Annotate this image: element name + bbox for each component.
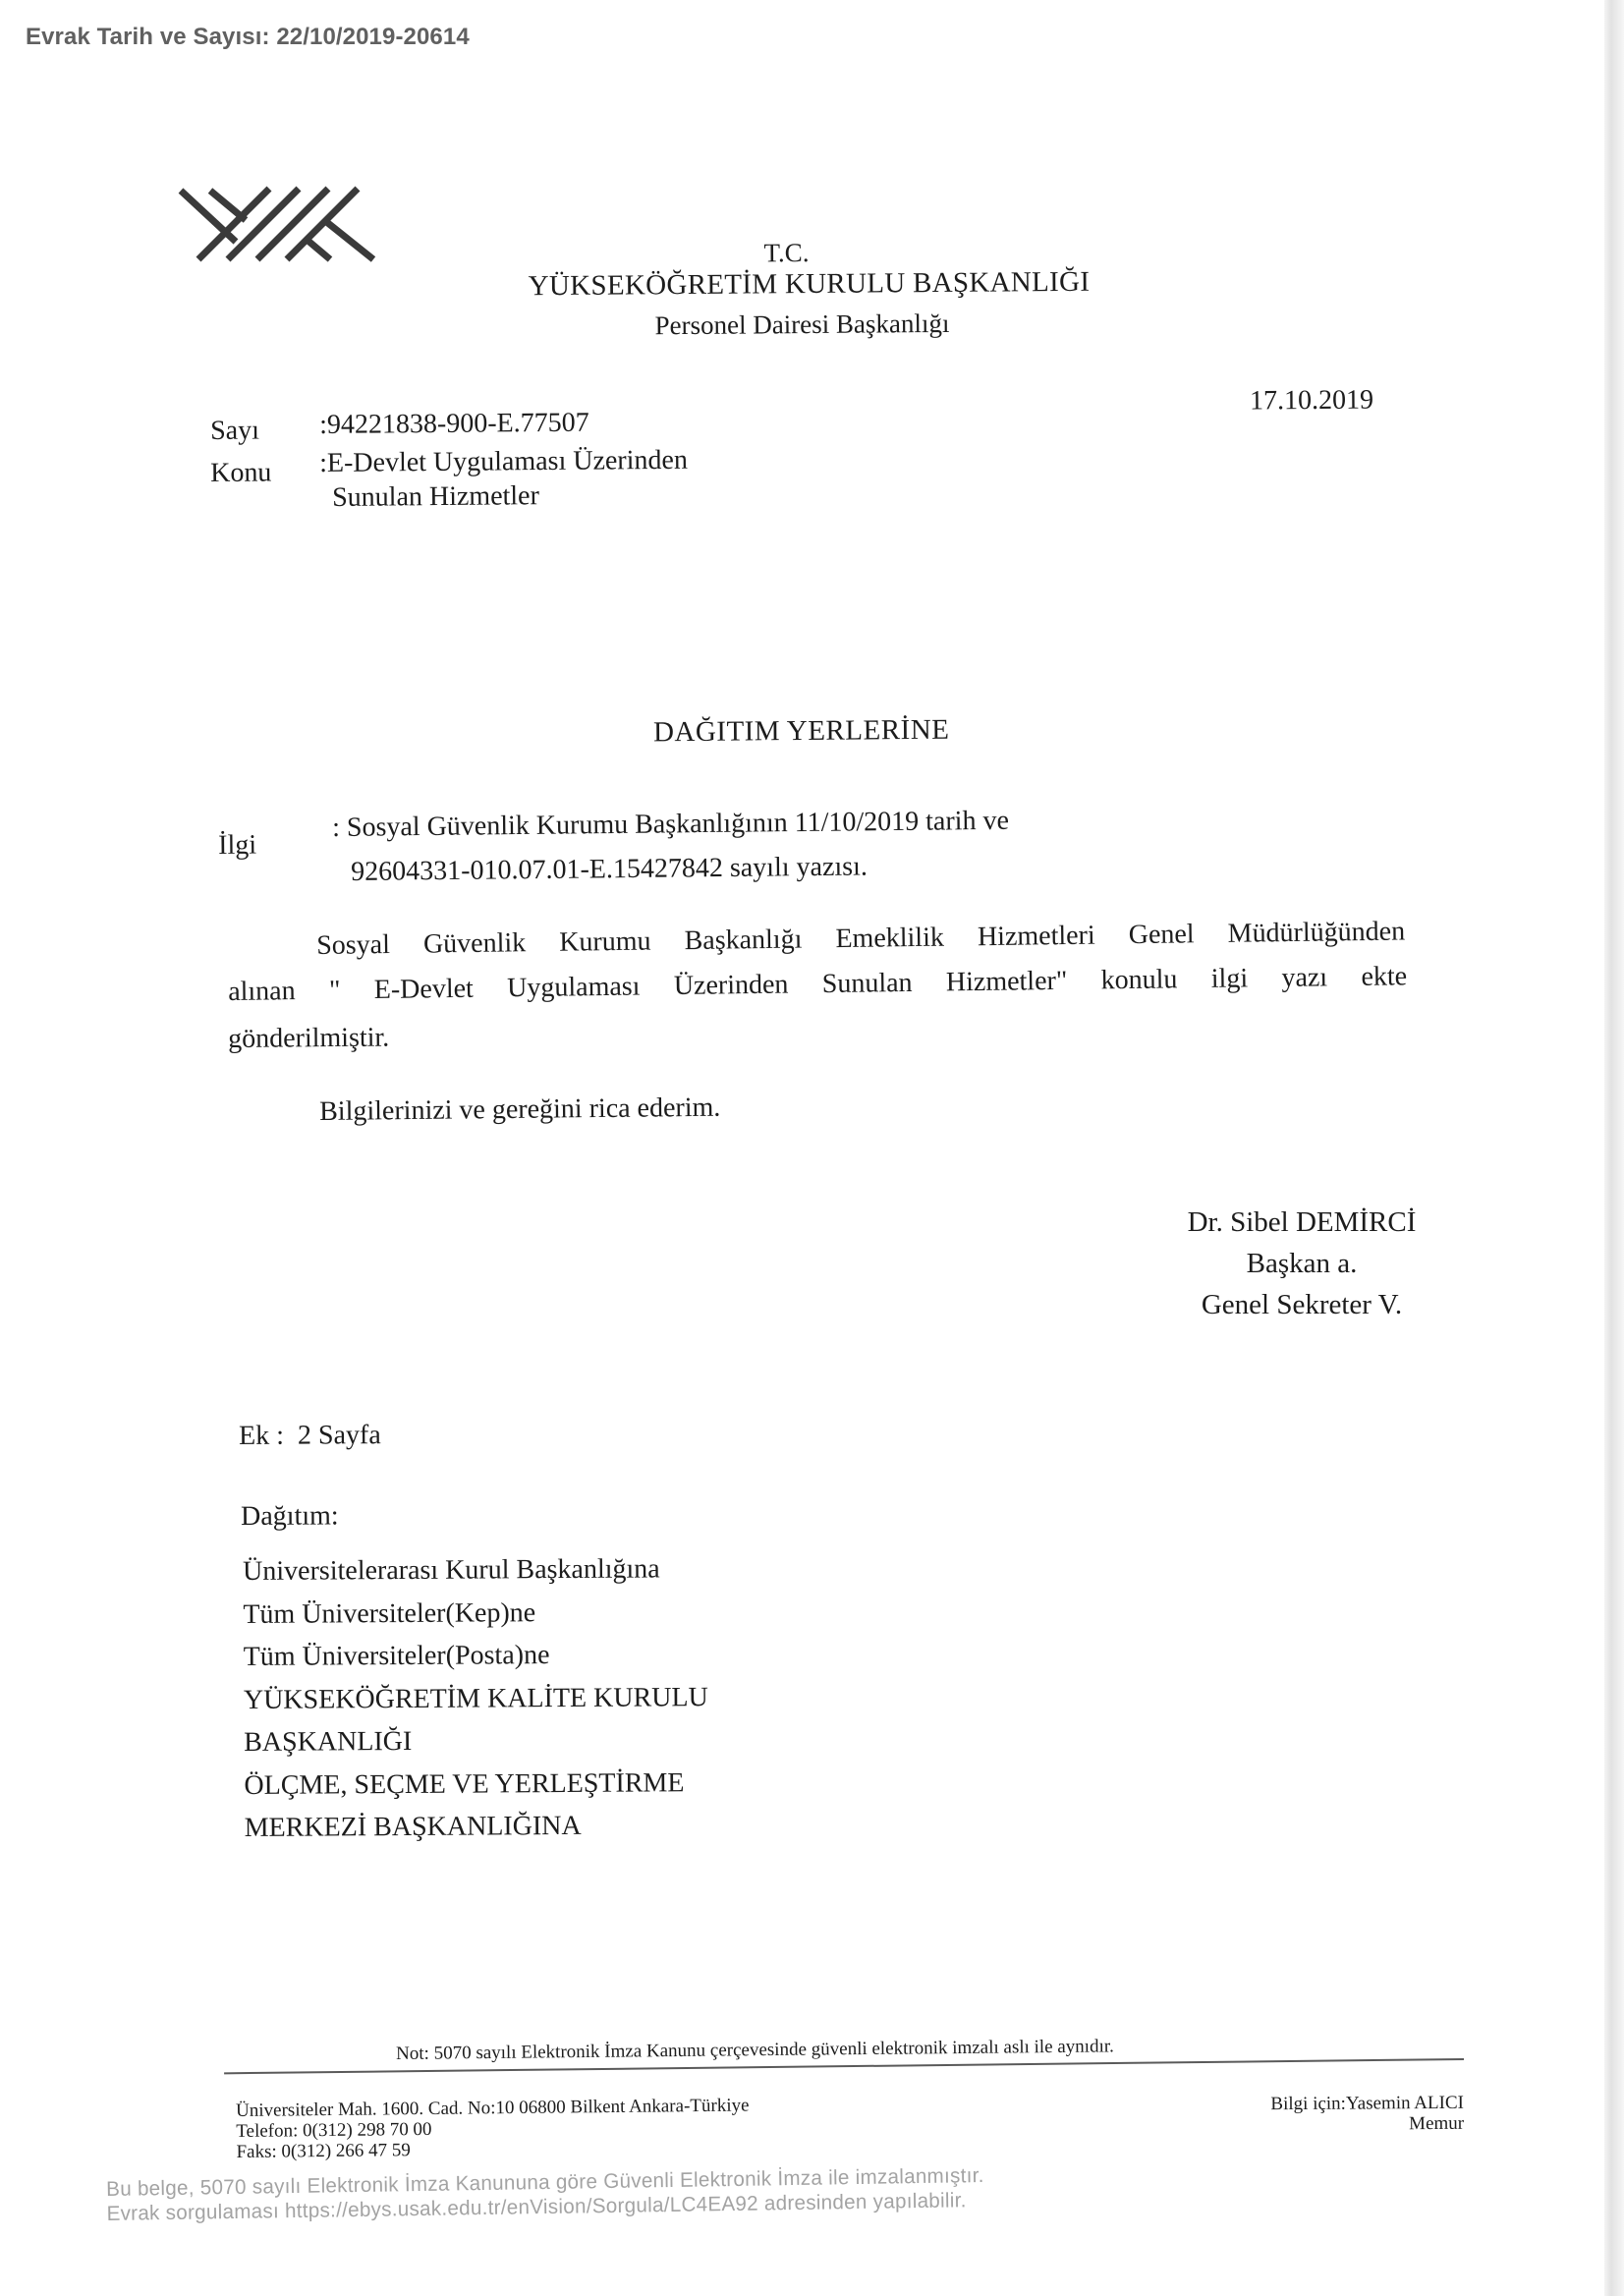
ilgi-line1: : Sosyal Güvenlik Kurumu Başkanlığının 1…: [332, 806, 1009, 844]
e-signature-verification-note: Bu belge, 5070 sayılı Elektronik İmza Ka…: [106, 2163, 984, 2226]
distribution-item: ÖLÇME, SEÇME VE YERLEŞTİRME: [244, 1762, 708, 1807]
distribution-item: YÜKSEKÖĞRETİM KALİTE KURULU: [244, 1676, 708, 1721]
footer-contact-block: Bilgi için:Yasemin ALICI Memur: [1130, 2093, 1464, 2136]
body-line1: Sosyal Güvenlik Kurumu Başkanlığı Emekli…: [316, 916, 1405, 962]
signatory-title1: Başkan a.: [1135, 1248, 1469, 1280]
footer-address-block: Üniversiteler Mah. 1600. Cad. No:10 0680…: [236, 2096, 750, 2162]
body-closing: Bilgilerinizi ve gereğini rica ederim.: [319, 1092, 721, 1128]
footer-contact-name: Bilgi için:Yasemin ALICI: [1130, 2093, 1464, 2115]
document-date: 17.10.2019: [1250, 384, 1373, 417]
footer-fax: Faks: 0(312) 266 47 59: [236, 2137, 750, 2162]
sayi-value: :94221838-900-E.77507: [319, 407, 589, 442]
recipient-heading: DAĞITIM YERLERİNE: [653, 714, 950, 750]
ilgi-line2: 92604331-010.07.01-E.15427842 sayılı yaz…: [351, 851, 868, 888]
distribution-list: Üniversitelerarası Kurul Başkanlığına Tü…: [243, 1547, 709, 1849]
signatory-title2: Genel Sekreter V.: [1135, 1289, 1469, 1321]
konu-label: Konu: [210, 456, 272, 490]
ilgi-label: İlgi: [218, 830, 256, 862]
distribution-item: Üniversitelerarası Kurul Başkanlığına: [243, 1547, 707, 1593]
distribution-item: Tüm Üniversiteler(Posta)ne: [244, 1633, 708, 1678]
attachments-line: Ek : 2 Sayfa: [239, 1420, 381, 1452]
header-institution-text: YÜKSEKÖĞRETİM KURULU BAŞKANLIĞI: [529, 266, 1091, 302]
body-line3: gönderilmiştir.: [228, 1023, 389, 1055]
distribution-label: Dağıtım:: [241, 1500, 339, 1533]
konu-value-line1: :E-Devlet Uygulaması Üzerinden: [319, 444, 688, 480]
body-line2: alınan " E-Devlet Uygulaması Üzerinden S…: [228, 961, 1407, 1008]
header-department-text: Personel Dairesi Başkanlığı: [654, 308, 949, 340]
distribution-item: Tüm Üniversiteler(Kep)ne: [243, 1591, 707, 1636]
sayi-label: Sayı: [210, 415, 259, 448]
footer-note: Not: 5070 sayılı Elektronik İmza Kanunu …: [396, 2036, 1114, 2065]
document-date-number-stamp: Evrak Tarih ve Sayısı: 22/10/2019-20614: [26, 24, 470, 51]
header-country-text: T.C.: [763, 238, 809, 267]
konu-value-line2: Sunulan Hizmetler: [332, 479, 539, 515]
header-department: Personel Dairesi Başkanlığı: [0, 304, 1624, 347]
signatory-name: Dr. Sibel DEMİRCİ: [1135, 1206, 1469, 1239]
distribution-item: BAŞKANLIĞI: [244, 1718, 708, 1764]
distribution-item: MERKEZİ BAŞKANLIĞINA: [245, 1804, 709, 1849]
scan-edge: [1604, 0, 1624, 2296]
footer-contact-role: Memur: [1130, 2113, 1464, 2136]
